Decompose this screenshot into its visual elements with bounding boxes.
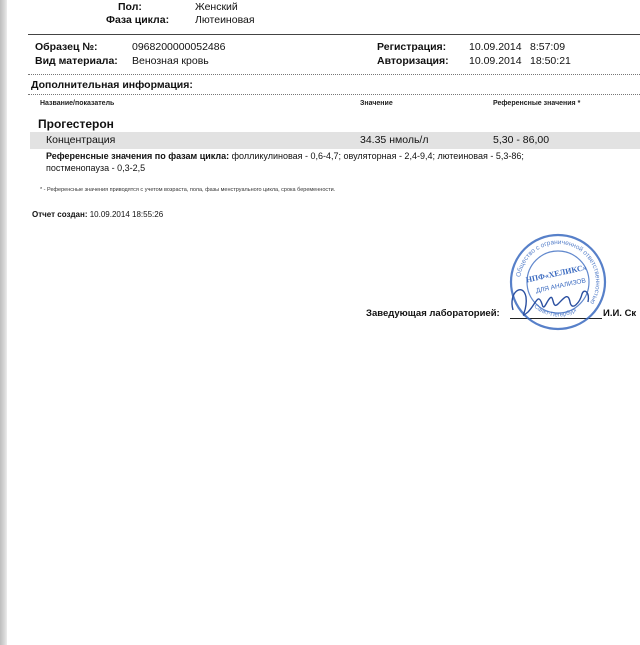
- row-reference: 5,30 - 86,00: [493, 134, 549, 146]
- phase-reference-line1: Референсные значения по фазам цикла: фол…: [46, 151, 524, 161]
- signature-label: Заведующая лабораторией:: [366, 308, 500, 319]
- row-name: Концентрация: [46, 134, 115, 146]
- phase-reference-values: фолликулиновая - 0,6-4,7; овуляторная - …: [232, 151, 524, 161]
- additional-info-label: Дополнительная информация:: [31, 79, 193, 91]
- authorization-date: 10.09.2014: [469, 55, 522, 67]
- report-created-value: 10.09.2014 18:55:26: [90, 210, 163, 219]
- phase-reference-label: Референсные значения по фазам цикла:: [46, 151, 229, 161]
- authorization-time: 18:50:21: [530, 55, 571, 67]
- stamp-icon: Общество с ограниченной ответственностью…: [508, 232, 608, 332]
- footnote: * - Референсные значения приводятся с уч…: [40, 187, 335, 193]
- column-header-value: Значение: [360, 100, 393, 107]
- registration-date: 10.09.2014: [469, 41, 522, 53]
- page-edge-shadow: [0, 0, 7, 645]
- header-divider: [28, 34, 640, 35]
- material-label: Вид материала:: [35, 55, 118, 67]
- column-header-name: Название/показатель: [40, 100, 114, 107]
- registration-time: 8:57:09: [530, 41, 565, 53]
- phase-reference-line2: постменопауза - 0,3-2,5: [46, 163, 145, 173]
- sample-no-label: Образец №:: [35, 41, 98, 53]
- sample-no-value: 0968200000052486: [132, 41, 225, 53]
- registration-label: Регистрация:: [377, 41, 446, 53]
- row-value: 34.35 нмоль/л: [360, 134, 428, 146]
- authorization-label: Авторизация:: [377, 55, 449, 67]
- sex-value: Женский: [195, 1, 238, 13]
- column-header-reference: Референсные значения *: [493, 100, 580, 107]
- cycle-phase-label: Фаза цикла:: [106, 14, 169, 26]
- report-created-label: Отчет создан:: [32, 210, 88, 219]
- table-row: Концентрация 34.35 нмоль/л 5,30 - 86,00: [30, 132, 640, 149]
- dotted-divider: [28, 94, 640, 95]
- report-created: Отчет создан: 10.09.2014 18:55:26: [32, 210, 163, 219]
- cycle-phase-value: Лютеиновая: [195, 14, 255, 26]
- sex-label: Пол:: [118, 1, 142, 13]
- test-group-title: Прогестерон: [38, 117, 114, 131]
- dotted-divider: [28, 74, 640, 75]
- material-value: Венозная кровь: [132, 55, 209, 67]
